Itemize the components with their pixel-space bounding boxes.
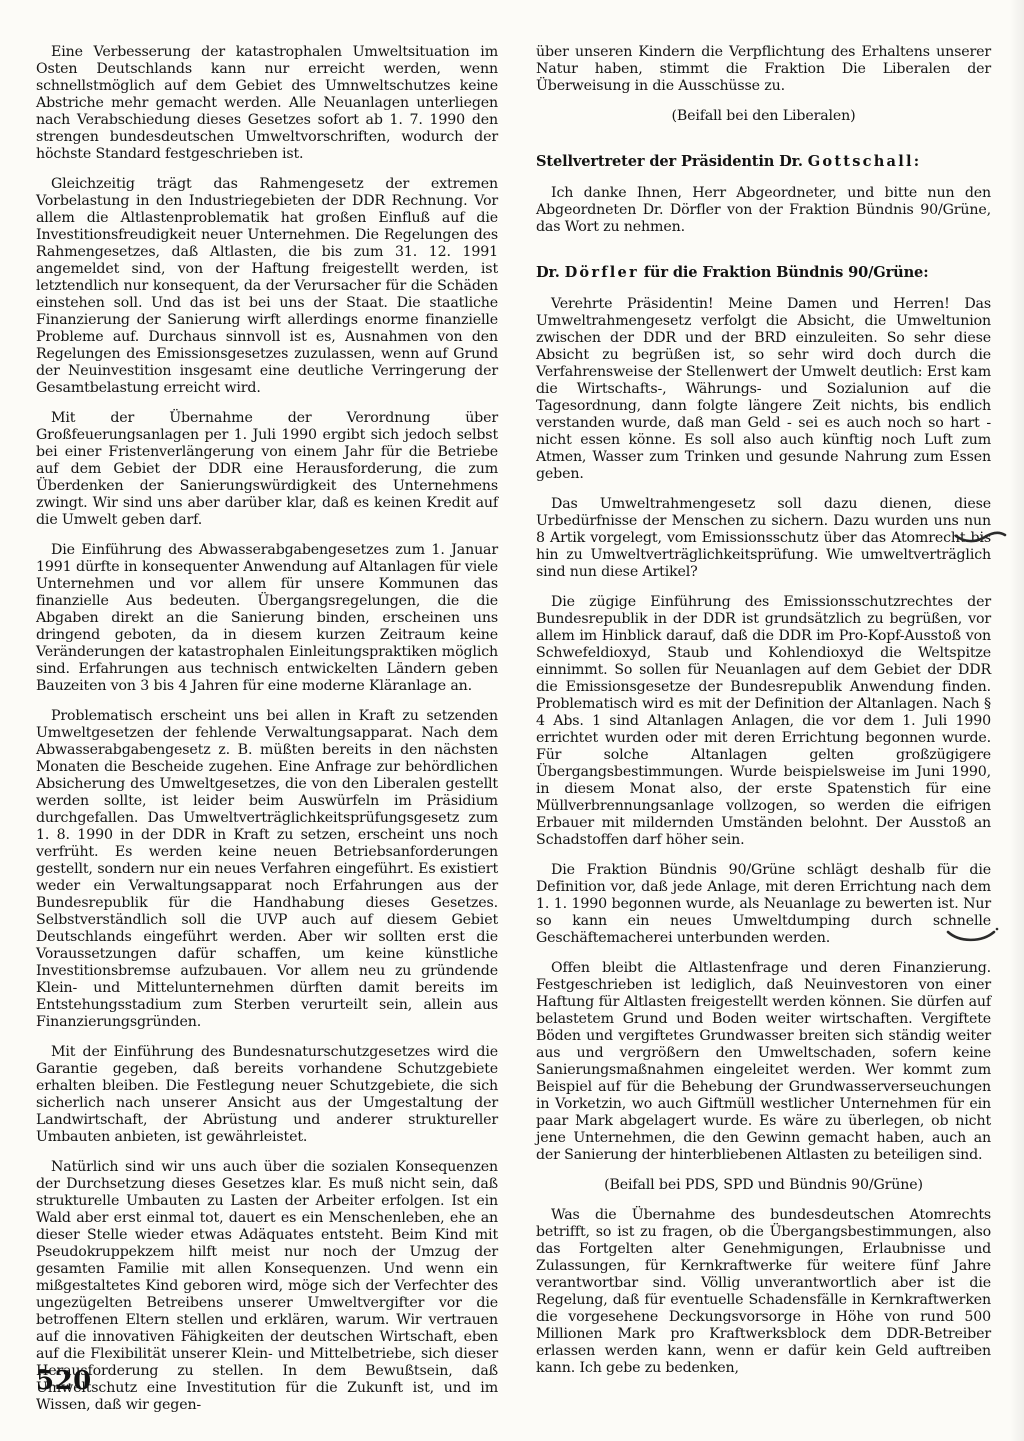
speaker-heading-doerfler: Dr. Dörfler für die Fraktion Bündnis 90/… xyxy=(536,264,991,281)
paragraph: Die Fraktion Bündnis 90/Grüne schlägt de… xyxy=(536,862,991,947)
paragraph-continuation: über unseren Kindern die Verpflichtung d… xyxy=(536,44,991,95)
paragraph: Mit der Einführung des Bundesnaturschutz… xyxy=(36,1044,498,1146)
paragraph: Problematisch erscheint uns bei allen in… xyxy=(36,708,498,1031)
speaker-heading-prefix: Stellvertreter der Präsidentin Dr. xyxy=(536,153,808,170)
right-column: über unseren Kindern die Verpflichtung d… xyxy=(536,44,991,1390)
applause-line: (Beifall bei den Liberalen) xyxy=(536,108,991,125)
paragraph: Natürlich sind wir uns auch über die soz… xyxy=(36,1159,498,1414)
paragraph: Das Umweltrahmengesetz soll dazu dienen,… xyxy=(536,496,991,581)
speaker-name: Gottschall xyxy=(808,153,914,170)
left-column: Eine Verbesserung der katastrophalen Umw… xyxy=(36,44,498,1427)
page-edge-shade xyxy=(1010,0,1024,1441)
paragraph: Eine Verbesserung der katastrophalen Umw… xyxy=(36,44,498,163)
speaker-heading-suffix: für die Fraktion Bündnis 90/Grüne: xyxy=(639,264,929,281)
scanned-protocol-page: { "page": { "number": "520", "paper_colo… xyxy=(0,0,1024,1441)
paragraph: Ich danke Ihnen, Herr Abgeordneter, und … xyxy=(536,185,991,236)
applause-line: (Beifall bei PDS, SPD und Bündnis 90/Grü… xyxy=(536,1177,991,1194)
paragraph: Verehrte Präsidentin! Meine Damen und He… xyxy=(536,296,991,483)
page-number: 520 xyxy=(36,1366,92,1396)
speaker-heading-suffix: : xyxy=(914,153,919,170)
paragraph: Die Einführung des Abwasserabgabengesetz… xyxy=(36,542,498,695)
speaker-heading-prefix: Dr. xyxy=(536,264,565,281)
paragraph: Gleichzeitig trägt das Rahmengesetz der … xyxy=(36,176,498,397)
speaker-heading-gottschall: Stellvertreter der Präsidentin Dr. Gotts… xyxy=(536,153,991,170)
speaker-name: Dörfler xyxy=(565,264,639,281)
paragraph: Was die Übernahme des bundesdeutschen At… xyxy=(536,1207,991,1377)
paragraph: Die zügige Einführung des Emissionsschut… xyxy=(536,594,991,849)
paragraph: Mit der Übernahme der Verordnung über Gr… xyxy=(36,410,498,529)
paragraph: Offen bleibt die Altlastenfrage und dere… xyxy=(536,960,991,1164)
